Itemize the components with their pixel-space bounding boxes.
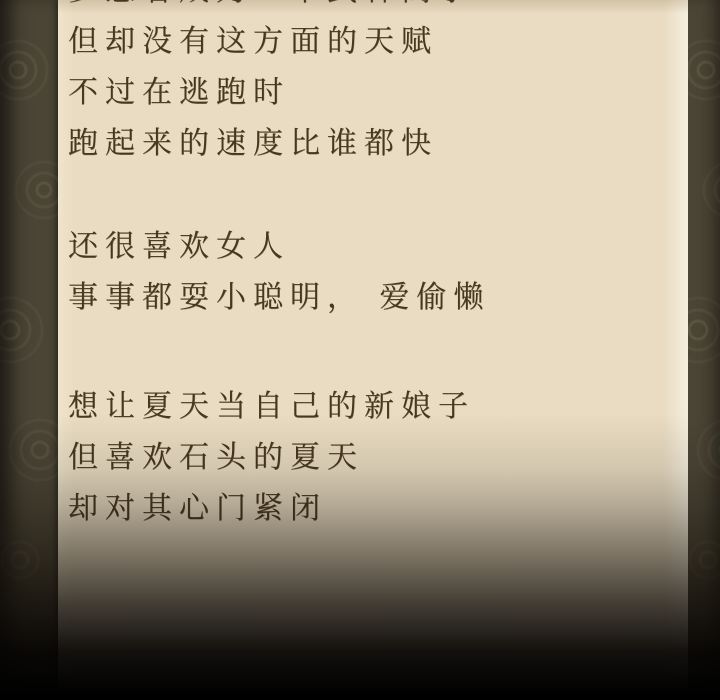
poem-line: 不过在逃跑时: [68, 75, 290, 111]
poem-line: 想让夏天当自己的新娘子: [68, 389, 475, 425]
poem-line-clipped-top: 梦想着成为一个武林高手: [68, 0, 475, 9]
scroll-page: 梦想着成为一个武林高手 但却没有这方面的天赋 不过在逃跑时 跑起来的速度比谁都快…: [0, 0, 720, 700]
poem-text-block: 梦想着成为一个武林高手 但却没有这方面的天赋 不过在逃跑时 跑起来的速度比谁都快…: [0, 0, 720, 700]
poem-line: 跑起来的速度比谁都快: [68, 126, 438, 162]
poem-line: 事事都耍小聪明， 爱偷懒: [68, 280, 490, 316]
poem-line: 还很喜欢女人: [68, 229, 290, 265]
poem-line: 却对其心门紧闭: [68, 491, 327, 527]
poem-line: 但却没有这方面的天赋: [68, 24, 438, 60]
poem-line: 但喜欢石头的夏天: [68, 440, 364, 476]
